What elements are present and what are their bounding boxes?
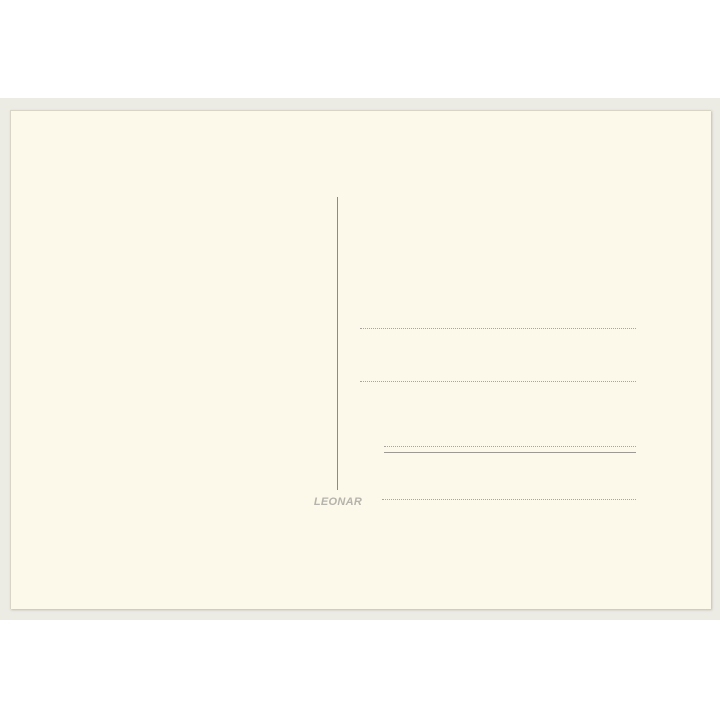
address-line-2 [360,381,636,382]
address-line-1 [360,328,636,329]
center-divider [337,197,338,490]
address-underline [384,452,636,453]
address-line-3 [384,446,636,447]
postcard-back [10,110,711,609]
publisher-brand: LEONAR [308,496,368,508]
address-line-4 [382,499,636,500]
